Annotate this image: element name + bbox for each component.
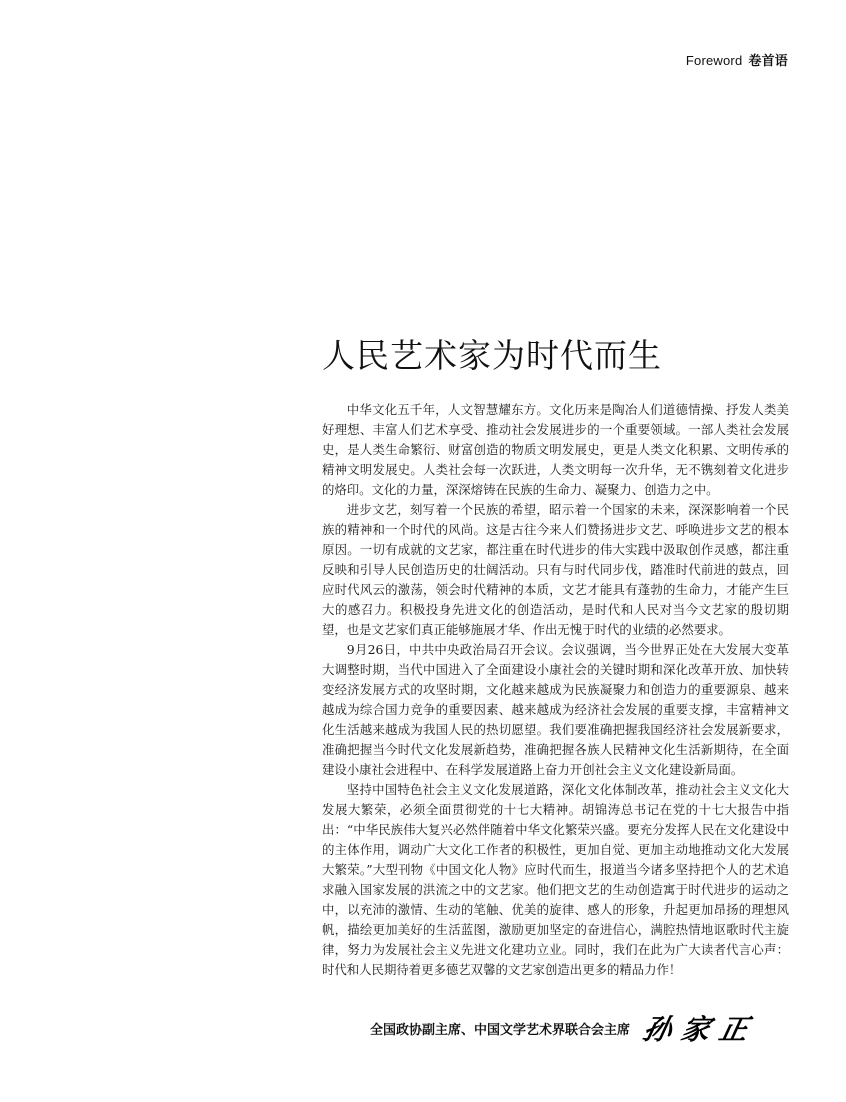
handwritten-signature: 孙家正 (640, 1008, 763, 1048)
section-label-cn: 卷首语 (748, 53, 788, 68)
article-title: 人民艺术家为时代而生 (322, 330, 662, 377)
author-title: 全国政协副主席、中国文学艺术界联合会主席 (370, 1019, 630, 1038)
paragraph: 中华文化五千年，人文智慧耀东方。文化历来是陶冶人们道德情操、抒发人类美好理想、丰… (322, 400, 789, 500)
paragraph: 9月26日，中共中央政治局召开会议。会议强调，当今世界正处在大发展大变革大调整时… (322, 640, 789, 780)
article-body: 中华文化五千年，人文智慧耀东方。文化历来是陶冶人们道德情操、抒发人类美好理想、丰… (322, 400, 789, 980)
paragraph: 进步文艺，刻写着一个民族的希望，昭示着一个国家的未来，深深影响着一个民族的精神和… (322, 500, 789, 640)
author-signature: 全国政协副主席、中国文学艺术界联合会主席 孙家正 (370, 1008, 790, 1048)
section-label-en: Foreword (686, 53, 743, 68)
section-header: Foreword卷首语 (686, 50, 788, 69)
paragraph: 坚持中国特色社会主义文化发展道路，深化文化体制改革，推动社会主义文化大发展大繁荣… (322, 780, 789, 980)
